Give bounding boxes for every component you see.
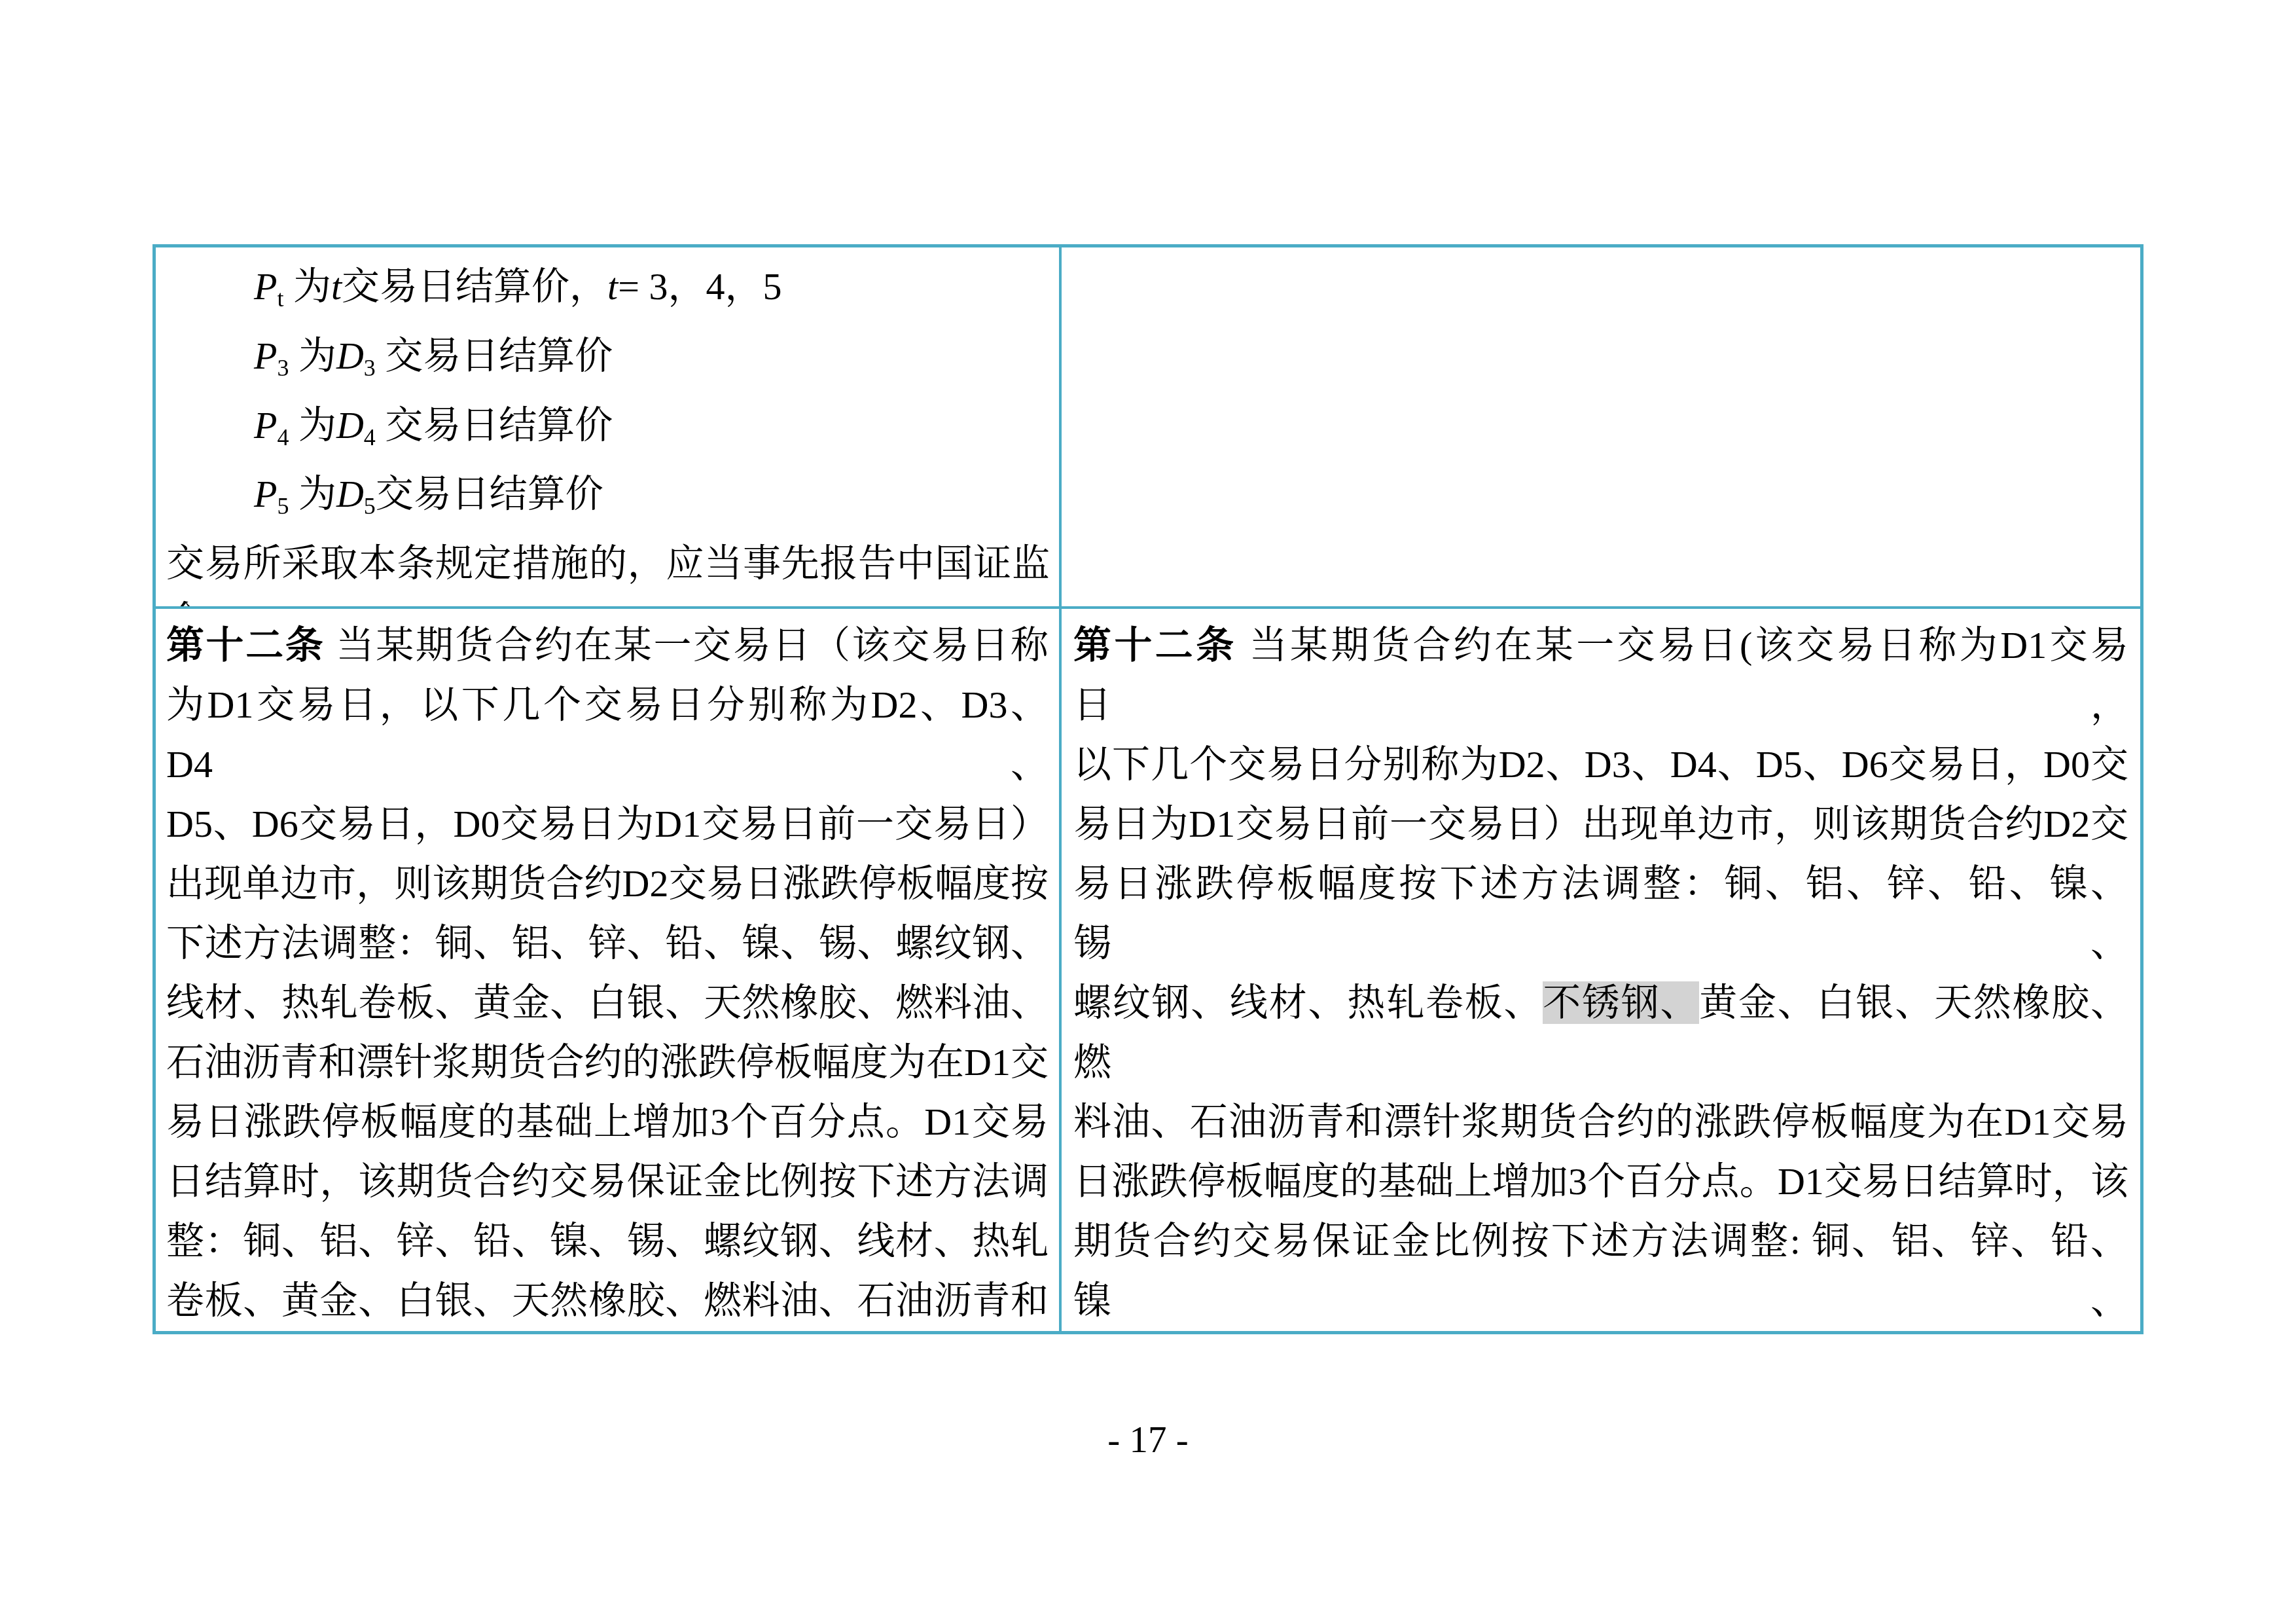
text-line: 为D1交易日，以下几个交易日分别称为D2、D3、D4、 bbox=[166, 675, 1049, 794]
subscript: 3 bbox=[364, 355, 376, 381]
text-segment: D bbox=[336, 335, 364, 377]
text-segment: 交易日结算价 bbox=[376, 335, 613, 377]
text-segment: 易日涨跌停板幅度的基础上增加3个百分点。D1交易 bbox=[166, 1101, 1049, 1143]
document-page: { "page": { "footer": "- 17 -" }, "color… bbox=[0, 0, 2296, 1623]
text-line: D5、D6交易日，D0交易日为D1交易日前一交易日） bbox=[166, 794, 1049, 854]
formula-line: Pt 为t交易日结算价，t= 3，4，5 bbox=[166, 258, 1050, 327]
text-segment: 螺纹钢、线材、热轧卷板、 bbox=[1073, 981, 1543, 1024]
text-segment: 为 bbox=[283, 265, 331, 308]
subscript: 4 bbox=[364, 424, 376, 450]
text-segment: 日结算时，该期货合约交易保证金比例按下述方法调 bbox=[166, 1160, 1049, 1203]
text-line: 漂针浆期货合约的交易保证金比例为在D2交易日涨 bbox=[166, 1330, 1049, 1331]
text-segment: t bbox=[331, 265, 342, 308]
text-segment: 线材、热轧卷板、黄金、白银、天然橡胶、燃料油、 bbox=[166, 981, 1049, 1024]
text-segment: 出现单边市，则该期货合约D2交易日涨跌停板幅度按 bbox=[166, 862, 1049, 905]
text-segment: D5、D6交易日，D0交易日为D1交易日前一交易日） bbox=[166, 803, 1049, 845]
text-segment: 交易日结算价 bbox=[376, 473, 603, 515]
text-segment: 为 bbox=[289, 404, 336, 447]
comparison-table: Pt 为t交易日结算价，t= 3，4，5P3 为D3 交易日结算价P4 为D4 … bbox=[152, 244, 2144, 1334]
subscript: t bbox=[277, 285, 283, 312]
text-segment: 为 bbox=[289, 335, 336, 377]
text-line: 螺纹钢、线材、热轧卷板、不锈钢、黄金、白银、天然橡胶、燃 bbox=[1073, 973, 2128, 1092]
text-segment: 期货合约交易保证金比例按下述方法调整: 铜、铝、锌、铅、镍、 bbox=[1073, 1220, 2128, 1322]
text-line: 期货合约交易保证金比例按下述方法调整: 铜、铝、锌、铅、镍、 bbox=[1073, 1211, 2128, 1330]
text-line: 第十二条 当某期货合约在某一交易日（该交易日称 bbox=[166, 615, 1049, 675]
highlighted-text: 不锈钢、 bbox=[1543, 981, 1699, 1024]
text-segment: 第十二条 bbox=[166, 624, 325, 666]
text-segment: 石油沥青和漂针浆期货合约的涨跌停板幅度为在D1交 bbox=[166, 1041, 1049, 1084]
table-cell-bottom-left-article12-old: 第十二条 当某期货合约在某一交易日（该交易日称为D1交易日，以下几个交易日分别称… bbox=[156, 609, 1062, 1331]
text-segment: 交易所采取本条规定措施的，应当事先报告中国证监 bbox=[166, 542, 1050, 585]
text-line: 锡、螺纹钢、线材、热轧卷板、不锈钢、黄金、白银、天然橡胶、 bbox=[1073, 1330, 2128, 1331]
text-segment: P bbox=[254, 473, 277, 515]
text-line: 整：铜、铝、锌、铅、镍、锡、螺纹钢、线材、热轧 bbox=[166, 1211, 1049, 1271]
text-line: 以下几个交易日分别称为D2、D3、D4、D5、D6交易日，D0交 bbox=[1073, 735, 2128, 794]
text-segment: 日涨跌停板幅度的基础上增加3个百分点。D1交易日结算时，该 bbox=[1073, 1160, 2128, 1203]
text-segment: 易日为D1交易日前一交易日）出现单边市，则该期货合约D2交 bbox=[1073, 803, 2128, 845]
text-segment: 料油、石油沥青和漂针浆期货合约的涨跌停板幅度为在D1交易 bbox=[1073, 1101, 2128, 1143]
text-segment: 交易日结算价 bbox=[376, 404, 613, 447]
text-segment: 会。 bbox=[166, 599, 242, 609]
text-line: 第十二条 当某期货合约在某一交易日(该交易日称为D1交易日， bbox=[1073, 615, 2128, 735]
subscript: 5 bbox=[364, 493, 376, 519]
text-segment: D bbox=[336, 404, 364, 447]
formula-line: P4 为D4 交易日结算价 bbox=[166, 397, 1050, 466]
text-segment: 交易日结算价， bbox=[342, 265, 607, 308]
text-segment: 易日涨跌停板幅度按下述方法调整：铜、铝、锌、铅、镍、锡、 bbox=[1073, 862, 2128, 964]
text-line: 卷板、黄金、白银、天然橡胶、燃料油、石油沥青和 bbox=[166, 1271, 1049, 1330]
text-segment: 整：铜、铝、锌、铅、镍、锡、螺纹钢、线材、热轧 bbox=[166, 1220, 1049, 1262]
text-line: 交易所采取本条规定措施的，应当事先报告中国证监 bbox=[166, 535, 1050, 592]
text-line: 日结算时，该期货合约交易保证金比例按下述方法调 bbox=[166, 1152, 1049, 1211]
text-line: 易日为D1交易日前一交易日）出现单边市，则该期货合约D2交 bbox=[1073, 794, 2128, 854]
text-segment: = 3，4，5 bbox=[618, 265, 781, 308]
table-cell-top-left: Pt 为t交易日结算价，t= 3，4，5P3 为D3 交易日结算价P4 为D4 … bbox=[156, 247, 1062, 609]
text-segment: 为 bbox=[289, 473, 336, 515]
subscript: 3 bbox=[277, 355, 289, 381]
text-segment: t bbox=[607, 265, 618, 308]
text-line: 会。 bbox=[166, 592, 1050, 609]
text-segment: 当某期货合约在某一交易日（该交易日称 bbox=[325, 624, 1049, 666]
text-line: 下述方法调整：铜、铝、锌、铅、镍、锡、螺纹钢、 bbox=[166, 913, 1049, 973]
text-segment: P bbox=[254, 404, 277, 447]
table-cell-bottom-right-article12-new: 第十二条 当某期货合约在某一交易日(该交易日称为D1交易日，以下几个交易日分别称… bbox=[1062, 609, 2140, 1331]
text-segment: 下述方法调整：铜、铝、锌、铅、镍、锡、螺纹钢、 bbox=[166, 922, 1049, 964]
text-line: 出现单边市，则该期货合约D2交易日涨跌停板幅度按 bbox=[166, 854, 1049, 913]
table-cell-top-right-empty bbox=[1062, 247, 2140, 609]
text-line: 日涨跌停板幅度的基础上增加3个百分点。D1交易日结算时，该 bbox=[1073, 1152, 2128, 1211]
text-line: 料油、石油沥青和漂针浆期货合约的涨跌停板幅度为在D1交易 bbox=[1073, 1092, 2128, 1152]
text-line: 易日涨跌停板幅度的基础上增加3个百分点。D1交易 bbox=[166, 1092, 1049, 1152]
page-number: - 17 - bbox=[0, 1414, 2296, 1467]
subscript: 5 bbox=[277, 493, 289, 519]
text-segment: 第十二条 bbox=[1073, 624, 1237, 666]
formula-line: P5 为D5交易日结算价 bbox=[166, 465, 1050, 535]
formula-line: P3 为D3 交易日结算价 bbox=[166, 327, 1050, 397]
text-segment: 为D1交易日，以下几个交易日分别称为D2、D3、D4、 bbox=[166, 684, 1049, 786]
text-segment: P bbox=[254, 335, 277, 377]
text-line: 易日涨跌停板幅度按下述方法调整：铜、铝、锌、铅、镍、锡、 bbox=[1073, 854, 2128, 973]
text-segment: 卷板、黄金、白银、天然橡胶、燃料油、石油沥青和 bbox=[166, 1279, 1049, 1322]
subscript: 4 bbox=[277, 424, 289, 450]
text-segment: P bbox=[254, 265, 277, 308]
text-line: 石油沥青和漂针浆期货合约的涨跌停板幅度为在D1交 bbox=[166, 1032, 1049, 1092]
text-line: 线材、热轧卷板、黄金、白银、天然橡胶、燃料油、 bbox=[166, 973, 1049, 1032]
text-segment: 以下几个交易日分别称为D2、D3、D4、D5、D6交易日，D0交 bbox=[1073, 743, 2128, 786]
text-segment: D bbox=[336, 473, 364, 515]
